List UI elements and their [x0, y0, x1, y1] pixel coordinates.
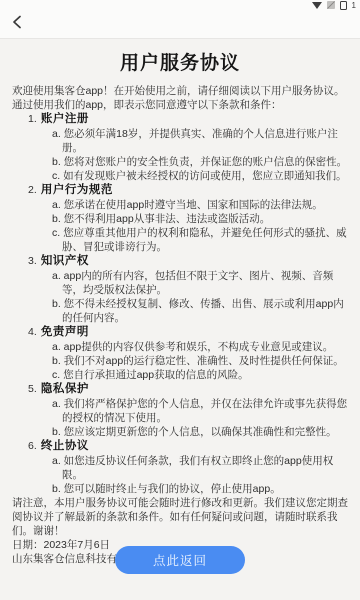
agreement-intro: 欢迎使用集客仓app！在开始使用之前，请仔细阅读以下用户服务协议。通过使用我们的…	[12, 84, 348, 112]
wifi-icon	[312, 2, 322, 9]
battery-icon	[340, 1, 347, 10]
section-item: c. 您应尊重其他用户的权利和隐私，并避免任何形式的骚扰、威胁、冒犯或诽谤行为。	[12, 226, 348, 254]
top-bar: 1	[0, 0, 360, 39]
section-item: c. 您自行承担通过app获取的信息的风险。	[12, 368, 348, 382]
section-item: a. 您必须年满18岁，并提供真实、准确的个人信息进行账户注册。	[12, 127, 348, 155]
section-item: a. app内的所有内容，包括但不限于文字、图片、视频、音频等，均受版权法保护。	[12, 269, 348, 297]
section-heading-row: 4. 免责声明	[12, 325, 348, 340]
section-item: b. 您可以随时终止与我们的协议，停止使用app。	[12, 482, 348, 496]
agreement-section: 2. 用户行为规范 a. 您承诺在使用app时遵守当地、国家和国际的法律法规。b…	[12, 183, 348, 254]
agreement-sections: 1. 账户注册 a. 您必须年满18岁，并提供真实、准确的个人信息进行账户注册。…	[12, 112, 348, 496]
battery-level-text: 1	[352, 1, 356, 10]
section-heading: 免责声明	[41, 326, 89, 338]
section-heading-row: 3. 知识产权	[12, 254, 348, 269]
section-items: a. 如您违反协议任何条款，我们有权立即终止您的app使用权限。b. 您可以随时…	[12, 454, 348, 496]
agreement-section: 5. 隐私保护 a. 我们将严格保护您的个人信息，并仅在法律允许或事先获得您的授…	[12, 382, 348, 439]
section-item: b. 我们不对app的运行稳定性、准确性、及时性提供任何保证。	[12, 354, 348, 368]
section-items: a. app内的所有内容，包括但不限于文字、图片、视频、音频等，均受版权法保护。…	[12, 269, 348, 325]
section-number: 5.	[28, 382, 38, 397]
section-item: c. 如有发现账户被未经授权的访问或使用，您应立即通知我们。	[12, 169, 348, 183]
section-heading-row: 5. 隐私保护	[12, 382, 348, 397]
back-button[interactable]	[6, 12, 28, 34]
section-number: 3.	[28, 254, 38, 269]
status-bar: 1	[312, 0, 356, 10]
section-heading-row: 6. 终止协议	[12, 439, 348, 454]
section-item: a. app提供的内容仅供参考和娱乐，不构成专业意见或建议。	[12, 340, 348, 354]
footer: 点此返回	[0, 546, 360, 574]
section-heading: 终止协议	[41, 440, 89, 452]
section-items: a. 您必须年满18岁，并提供真实、准确的个人信息进行账户注册。b. 您将对您账…	[12, 127, 348, 183]
section-number: 1.	[28, 112, 38, 127]
section-item: b. 您不得未经授权复制、修改、传播、出售、展示或利用app内的任何内容。	[12, 297, 348, 325]
agreement-section: 3. 知识产权 a. app内的所有内容，包括但不限于文字、图片、视频、音频等，…	[12, 254, 348, 325]
section-item: a. 我们将严格保护您的个人信息，并仅在法律允许或事先获得您的授权的情况下使用。	[12, 397, 348, 425]
agreement-body: 欢迎使用集客仓app！在开始使用之前，请仔细阅读以下用户服务协议。通过使用我们的…	[0, 76, 360, 566]
section-heading: 账户注册	[41, 113, 89, 125]
section-items: a. 您承诺在使用app时遵守当地、国家和国际的法律法规。b. 您不得利用app…	[12, 198, 348, 254]
section-number: 4.	[28, 325, 38, 340]
agreement-notice: 请注意，本用户服务协议可能会随时进行修改和更新。我们建议您定期查阅协议并了解最新…	[12, 496, 348, 538]
section-number: 2.	[28, 183, 38, 198]
no-signal-icon	[327, 1, 335, 9]
back-chevron-icon	[11, 14, 23, 33]
section-heading: 知识产权	[41, 255, 89, 267]
agreement-section: 1. 账户注册 a. 您必须年满18岁，并提供真实、准确的个人信息进行账户注册。…	[12, 112, 348, 183]
section-item: b. 您应该定期更新您的个人信息，以确保其准确性和完整性。	[12, 425, 348, 439]
section-item: a. 您承诺在使用app时遵守当地、国家和国际的法律法规。	[12, 198, 348, 212]
page-title: 用户服务协议	[0, 52, 360, 76]
section-items: a. 我们将严格保护您的个人信息，并仅在法律允许或事先获得您的授权的情况下使用。…	[12, 397, 348, 439]
section-item: b. 您将对您账户的安全性负责，并保证您的账户信息的保密性。	[12, 155, 348, 169]
app-screen: 1 用户服务协议 欢迎使用集客仓app！在开始使用之前，请仔细阅读以下用户服务协…	[0, 0, 360, 600]
section-item: b. 您不得利用app从事非法、违法或盗版活动。	[12, 212, 348, 226]
section-number: 6.	[28, 439, 38, 454]
agreement-section: 6. 终止协议 a. 如您违反协议任何条款，我们有权立即终止您的app使用权限。…	[12, 439, 348, 496]
section-heading-row: 1. 账户注册	[12, 112, 348, 127]
section-items: a. app提供的内容仅供参考和娱乐，不构成专业意见或建议。b. 我们不对app…	[12, 340, 348, 382]
agreement-section: 4. 免责声明 a. app提供的内容仅供参考和娱乐，不构成专业意见或建议。b.…	[12, 325, 348, 382]
section-heading: 用户行为规范	[41, 184, 113, 196]
section-item: a. 如您违反协议任何条款，我们有权立即终止您的app使用权限。	[12, 454, 348, 482]
return-button[interactable]: 点此返回	[115, 546, 245, 574]
section-heading: 隐私保护	[41, 383, 89, 395]
section-heading-row: 2. 用户行为规范	[12, 183, 348, 198]
